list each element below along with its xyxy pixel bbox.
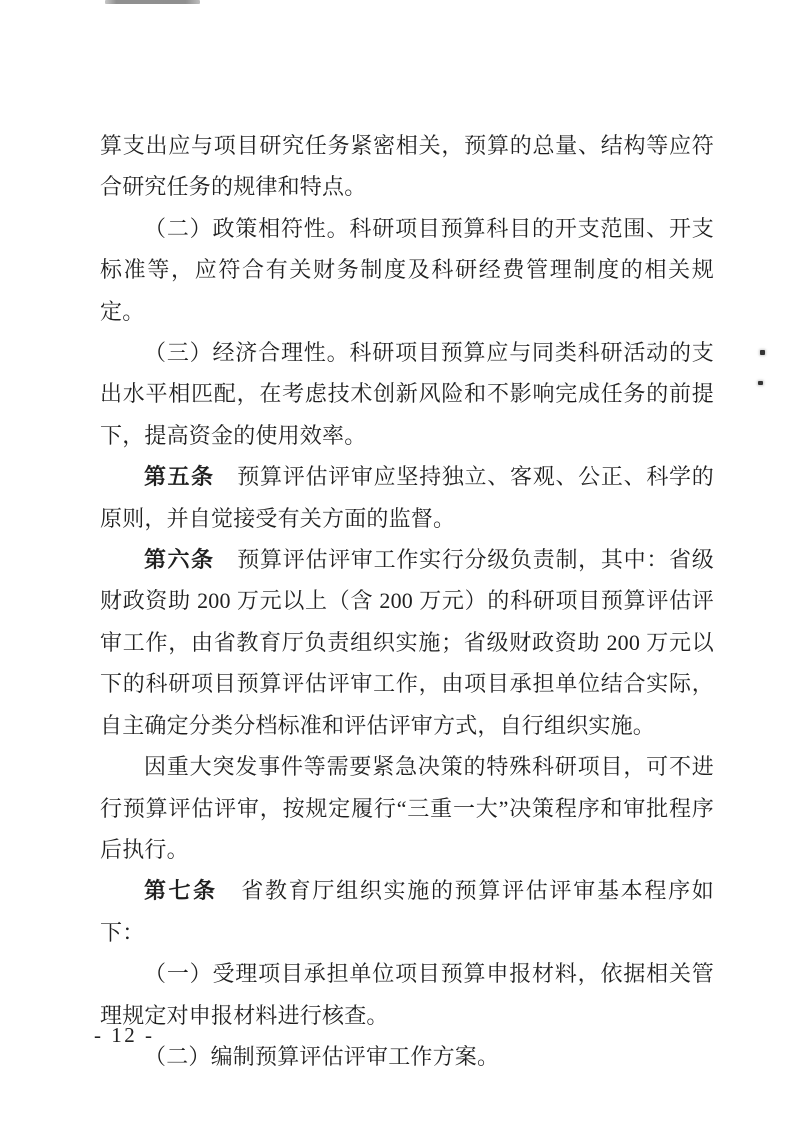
paragraph: （二）政策相符性。科研项目预算科目的开支范围、开支标准等，应符合有关财务制度及科… bbox=[100, 208, 714, 332]
paragraph: （二）编制预算评估评审工作方案。 bbox=[100, 1036, 714, 1077]
paragraph-text: （三）经济合理性。科研项目预算应与同类科研活动的支出水平相匹配，在考虑技术创新风… bbox=[100, 340, 714, 448]
paragraph: 算支出应与项目研究任务紧密相关，预算的总量、结构等应符合研究任务的规律和特点。 bbox=[100, 125, 714, 208]
paragraph-text: 因重大突发事件等需要紧急决策的特殊科研项目，可不进行预算评估评审，按规定履行“三… bbox=[100, 754, 714, 862]
paragraph: （一）受理项目承担单位项目预算申报材料，依据相关管理规定对申报材料进行核查。 bbox=[100, 953, 714, 1036]
paragraph-text: 算支出应与项目研究任务紧密相关，预算的总量、结构等应符合研究任务的规律和特点。 bbox=[100, 133, 714, 199]
page-number: - 12 - bbox=[94, 1023, 155, 1048]
clause-heading: 第五条 bbox=[144, 464, 215, 489]
paragraph: 因重大突发事件等需要紧急决策的特殊科研项目，可不进行预算评估评审，按规定履行“三… bbox=[100, 746, 714, 870]
document-page: 算支出应与项目研究任务紧密相关，预算的总量、结构等应符合研究任务的规律和特点。（… bbox=[0, 0, 800, 1131]
paragraph: 第六条 预算评估评审工作实行分级负责制，其中：省级财政资助 200 万元以上（含… bbox=[100, 539, 714, 746]
scan-artifact-bar bbox=[105, 0, 200, 4]
document-body: 算支出应与项目研究任务紧密相关，预算的总量、结构等应符合研究任务的规律和特点。（… bbox=[100, 125, 714, 1077]
paragraph-text: 预算评估评审工作实行分级负责制，其中：省级财政资助 200 万元以上（含 200… bbox=[100, 547, 714, 738]
clause-heading: 第七条 bbox=[144, 878, 218, 903]
scan-speck bbox=[760, 350, 765, 355]
paragraph: （三）经济合理性。科研项目预算应与同类科研活动的支出水平相匹配，在考虑技术创新风… bbox=[100, 332, 714, 456]
paragraph-text: （二）编制预算评估评审工作方案。 bbox=[144, 1044, 499, 1069]
paragraph-text: （一）受理项目承担单位项目预算申报材料，依据相关管理规定对申报材料进行核查。 bbox=[100, 961, 714, 1027]
scan-speck bbox=[758, 381, 763, 385]
paragraph: 第七条 省教育厅组织实施的预算评估评审基本程序如下： bbox=[100, 870, 714, 953]
paragraph: 第五条 预算评估评审应坚持独立、客观、公正、科学的原则，并自觉接受有关方面的监督… bbox=[100, 456, 714, 539]
paragraph-text: （二）政策相符性。科研项目预算科目的开支范围、开支标准等，应符合有关财务制度及科… bbox=[100, 216, 714, 324]
clause-heading: 第六条 bbox=[144, 547, 215, 572]
